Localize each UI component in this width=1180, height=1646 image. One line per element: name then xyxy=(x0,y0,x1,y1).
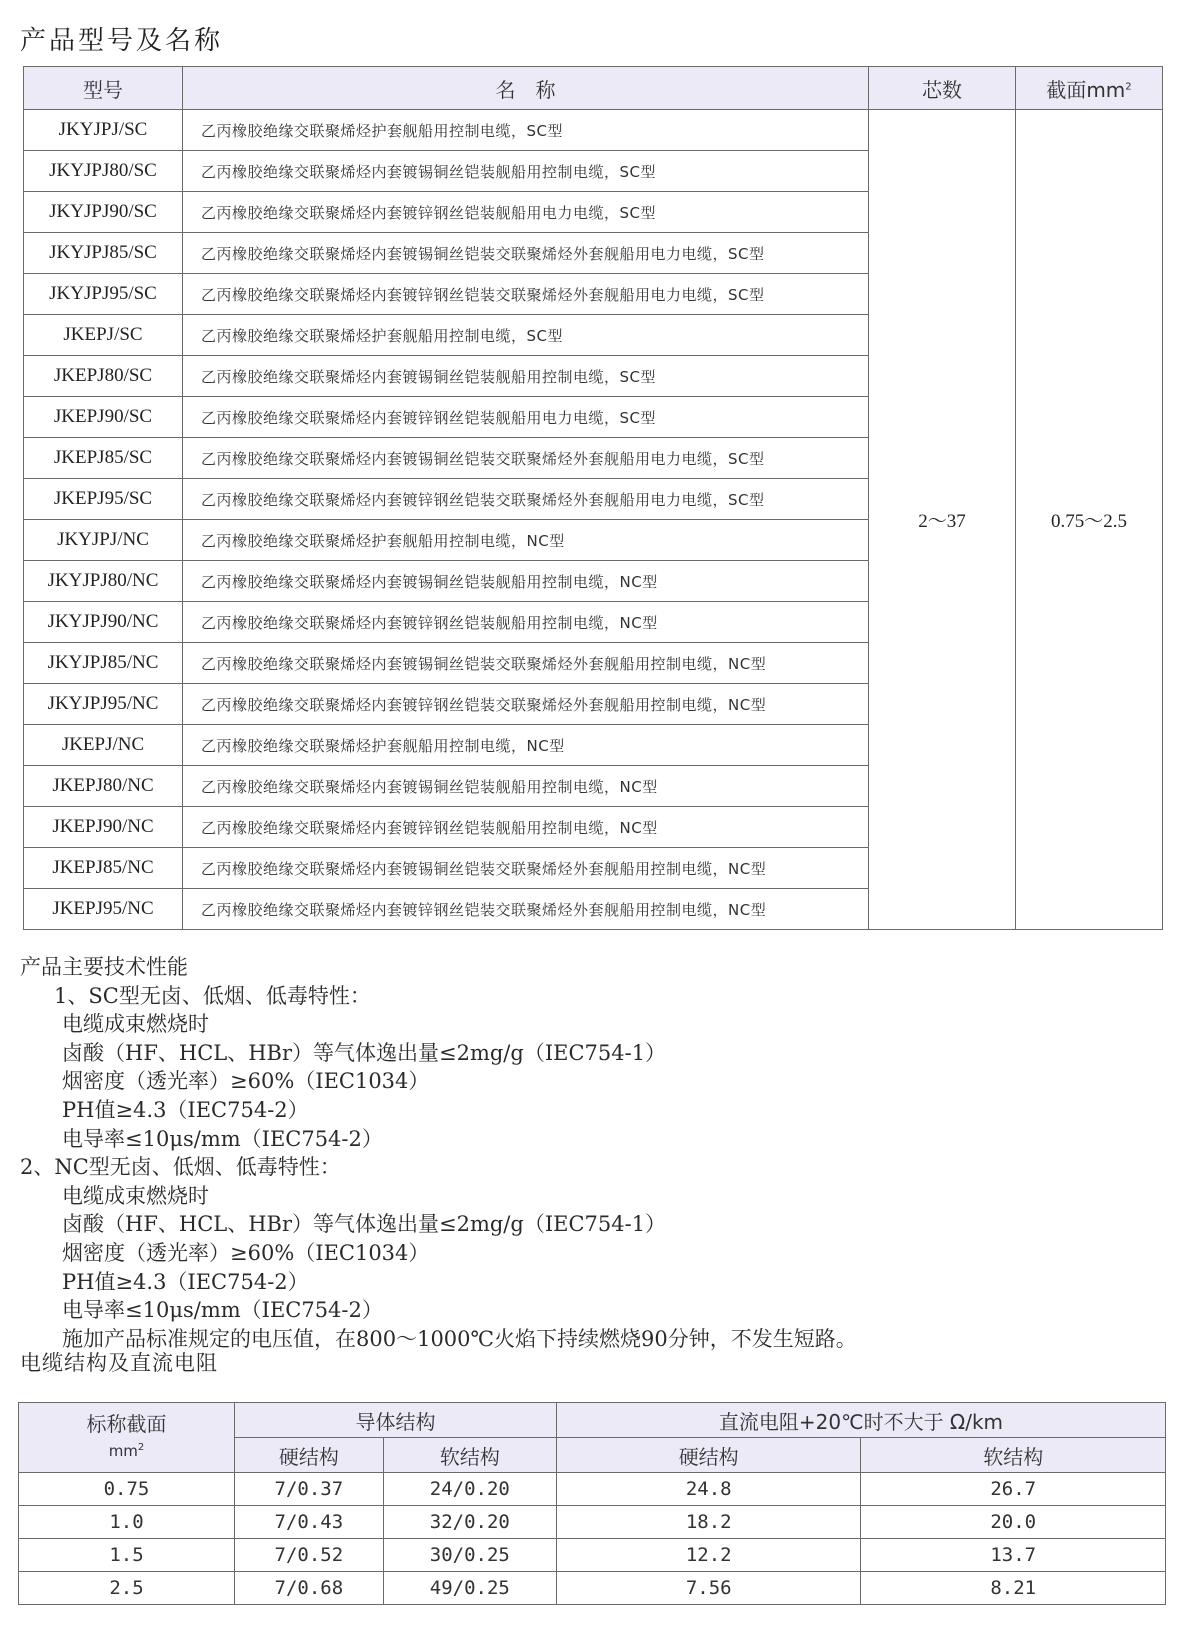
cond-soft-cell: 32/0.20 xyxy=(383,1506,556,1539)
res-hard-cell: 18.2 xyxy=(556,1506,861,1539)
header-conductor: 导体结构 xyxy=(235,1403,557,1438)
unit-sup: 2 xyxy=(138,1442,144,1453)
name-cell: 乙丙橡胶绝缘交联聚烯烃内套镀锌钢丝铠装交联聚烯烃外套舰船用控制电缆，NC型 xyxy=(183,684,869,725)
table-row: JKYJPJ/SC乙丙橡胶绝缘交联聚烯烃护套舰船用控制电缆，SC型2～370.7… xyxy=(24,110,1163,151)
model-cell: JKEPJ85/NC xyxy=(24,848,183,889)
sc-heading: 1、SC型无卤、低烟、低毒特性： xyxy=(20,982,857,1011)
nc-line: 烟密度（透光率）≥60%（IEC1034） xyxy=(20,1239,857,1268)
section-cell: 0.75 xyxy=(19,1473,235,1506)
header-res-hard: 硬结构 xyxy=(556,1438,861,1473)
model-cell: JKYJPJ80/SC xyxy=(24,151,183,192)
nc-line: 卤酸（HF、HCL、HBr）等气体逸出量≤2mg/g（IEC754-1） xyxy=(20,1210,857,1239)
cores-cell: 2～37 xyxy=(869,110,1016,930)
model-cell: JKYJPJ/NC xyxy=(24,520,183,561)
page-title: 产品型号及名称 xyxy=(20,20,223,57)
name-cell: 乙丙橡胶绝缘交联聚烯烃护套舰船用控制电缆，SC型 xyxy=(183,315,869,356)
model-cell: JKYJPJ90/SC xyxy=(24,192,183,233)
model-cell: JKYJPJ90/NC xyxy=(24,602,183,643)
nc-line: 电缆成束燃烧时 xyxy=(20,1182,857,1211)
model-cell: JKYJPJ95/SC xyxy=(24,274,183,315)
product-table: 型号 名 称 芯数 截面mm2 JKYJPJ/SC乙丙橡胶绝缘交联聚烯烃护套舰船… xyxy=(23,66,1163,930)
table-row: 0.757/0.3724/0.2024.826.7 xyxy=(19,1473,1166,1506)
resistance-section-title: 电缆结构及直流电阻 xyxy=(20,1347,218,1377)
header-res-soft: 软结构 xyxy=(861,1438,1166,1473)
table-row: 2.57/0.6849/0.257.568.21 xyxy=(19,1572,1166,1605)
res-hard-cell: 24.8 xyxy=(556,1473,861,1506)
header-name: 名 称 xyxy=(183,67,869,110)
header-cores: 芯数 xyxy=(869,67,1016,110)
table-row: 1.07/0.4332/0.2018.220.0 xyxy=(19,1506,1166,1539)
header-resistance: 直流电阻+20℃时不大于 Ω/km xyxy=(556,1403,1165,1438)
header-cond-hard: 硬结构 xyxy=(235,1438,384,1473)
header-section-label: 截面mm xyxy=(1046,78,1125,102)
sc-line: 烟密度（透光率）≥60%（IEC1034） xyxy=(20,1067,857,1096)
performance-title: 产品主要技术性能 xyxy=(20,953,857,982)
header-section-sup: 2 xyxy=(1125,81,1131,92)
res-hard-cell: 7.56 xyxy=(556,1572,861,1605)
cond-hard-cell: 7/0.52 xyxy=(235,1539,384,1572)
name-cell: 乙丙橡胶绝缘交联聚烯烃内套镀锌钢丝铠装舰船用电力电缆，SC型 xyxy=(183,397,869,438)
res-soft-cell: 26.7 xyxy=(861,1473,1166,1506)
name-cell: 乙丙橡胶绝缘交联聚烯烃内套镀锡铜丝铠装交联聚烯烃外套舰船用控制电缆，NC型 xyxy=(183,643,869,684)
model-cell: JKEPJ80/NC xyxy=(24,766,183,807)
model-cell: JKYJPJ/SC xyxy=(24,110,183,151)
name-cell: 乙丙橡胶绝缘交联聚烯烃内套镀锡铜丝铠装交联聚烯烃外套舰船用控制电缆，NC型 xyxy=(183,848,869,889)
product-table-header-row: 型号 名 称 芯数 截面mm2 xyxy=(24,67,1163,110)
table-row: 1.57/0.5230/0.2512.213.7 xyxy=(19,1539,1166,1572)
model-cell: JKEPJ95/NC xyxy=(24,889,183,930)
nc-heading: 2、NC型无卤、低烟、低毒特性： xyxy=(20,1153,857,1182)
name-cell: 乙丙橡胶绝缘交联聚烯烃内套镀锌钢丝铠装舰船用控制电缆，NC型 xyxy=(183,602,869,643)
name-cell: 乙丙橡胶绝缘交联聚烯烃内套镀锡铜丝铠装舰船用控制电缆，NC型 xyxy=(183,766,869,807)
res-soft-cell: 20.0 xyxy=(861,1506,1166,1539)
name-cell: 乙丙橡胶绝缘交联聚烯烃内套镀锡铜丝铠装交联聚烯烃外套舰船用电力电缆，SC型 xyxy=(183,438,869,479)
header-section: 截面mm2 xyxy=(1016,67,1163,110)
header-cond-soft: 软结构 xyxy=(383,1438,556,1473)
res-soft-cell: 13.7 xyxy=(861,1539,1166,1572)
cond-hard-cell: 7/0.37 xyxy=(235,1473,384,1506)
nc-line: PH值≥4.3（IEC754-2） xyxy=(20,1268,857,1297)
performance-section: 产品主要技术性能 1、SC型无卤、低烟、低毒特性： 电缆成束燃烧时 卤酸（HF、… xyxy=(20,953,857,1353)
section-cell: 1.0 xyxy=(19,1506,235,1539)
name-cell: 乙丙橡胶绝缘交联聚烯烃内套镀锡铜丝铠装舰船用控制电缆，NC型 xyxy=(183,561,869,602)
cond-hard-cell: 7/0.43 xyxy=(235,1506,384,1539)
name-cell: 乙丙橡胶绝缘交联聚烯烃内套镀锌钢丝铠装舰船用电力电缆，SC型 xyxy=(183,192,869,233)
res-hard-cell: 12.2 xyxy=(556,1539,861,1572)
name-cell: 乙丙橡胶绝缘交联聚烯烃内套镀锌钢丝铠装交联聚烯烃外套舰船用电力电缆，SC型 xyxy=(183,274,869,315)
header-nominal-section: 标称截面 mm2 xyxy=(19,1403,235,1473)
sc-line: PH值≥4.3（IEC754-2） xyxy=(20,1096,857,1125)
section-cell: 1.5 xyxy=(19,1539,235,1572)
cond-soft-cell: 24/0.20 xyxy=(383,1473,556,1506)
name-cell: 乙丙橡胶绝缘交联聚烯烃内套镀锌钢丝铠装交联聚烯烃外套舰船用控制电缆，NC型 xyxy=(183,889,869,930)
model-cell: JKEPJ85/SC xyxy=(24,438,183,479)
name-cell: 乙丙橡胶绝缘交联聚烯烃护套舰船用控制电缆，SC型 xyxy=(183,110,869,151)
name-cell: 乙丙橡胶绝缘交联聚烯烃护套舰船用控制电缆，NC型 xyxy=(183,520,869,561)
model-cell: JKEPJ/NC xyxy=(24,725,183,766)
model-cell: JKEPJ80/SC xyxy=(24,356,183,397)
model-cell: JKEPJ95/SC xyxy=(24,479,183,520)
cond-hard-cell: 7/0.68 xyxy=(235,1572,384,1605)
header-nominal-section-unit: mm2 xyxy=(19,1436,234,1463)
name-cell: 乙丙橡胶绝缘交联聚烯烃内套镀锡铜丝铠装交联聚烯烃外套舰船用电力电缆，SC型 xyxy=(183,233,869,274)
sc-line: 卤酸（HF、HCL、HBr）等气体逸出量≤2mg/g（IEC754-1） xyxy=(20,1039,857,1068)
model-cell: JKEPJ90/SC xyxy=(24,397,183,438)
header-model: 型号 xyxy=(24,67,183,110)
resistance-table: 标称截面 mm2 导体结构 直流电阻+20℃时不大于 Ω/km 硬结构 软结构 … xyxy=(18,1402,1166,1605)
unit-text: mm xyxy=(109,1442,138,1460)
model-cell: JKYJPJ80/NC xyxy=(24,561,183,602)
name-cell: 乙丙橡胶绝缘交联聚烯烃内套镀锌钢丝铠装舰船用控制电缆，NC型 xyxy=(183,807,869,848)
model-cell: JKYJPJ85/NC xyxy=(24,643,183,684)
header-nominal-section-label: 标称截面 xyxy=(19,1412,234,1436)
name-cell: 乙丙橡胶绝缘交联聚烯烃内套镀锌钢丝铠装交联聚烯烃外套舰船用电力电缆，SC型 xyxy=(183,479,869,520)
nc-line: 电导率≤10μs/mm（IEC754-2） xyxy=(20,1296,857,1325)
res-soft-cell: 8.21 xyxy=(861,1572,1166,1605)
name-cell: 乙丙橡胶绝缘交联聚烯烃护套舰船用控制电缆，NC型 xyxy=(183,725,869,766)
model-cell: JKEPJ90/NC xyxy=(24,807,183,848)
model-cell: JKEPJ/SC xyxy=(24,315,183,356)
name-cell: 乙丙橡胶绝缘交联聚烯烃内套镀锡铜丝铠装舰船用控制电缆，SC型 xyxy=(183,151,869,192)
name-cell: 乙丙橡胶绝缘交联聚烯烃内套镀锡铜丝铠装舰船用控制电缆，SC型 xyxy=(183,356,869,397)
model-cell: JKYJPJ95/NC xyxy=(24,684,183,725)
section-cell: 2.5 xyxy=(19,1572,235,1605)
sc-line: 电导率≤10μs/mm（IEC754-2） xyxy=(20,1125,857,1154)
cond-soft-cell: 30/0.25 xyxy=(383,1539,556,1572)
cond-soft-cell: 49/0.25 xyxy=(383,1572,556,1605)
section-cell: 0.75～2.5 xyxy=(1016,110,1163,930)
sc-line: 电缆成束燃烧时 xyxy=(20,1010,857,1039)
model-cell: JKYJPJ85/SC xyxy=(24,233,183,274)
resistance-header-row-1: 标称截面 mm2 导体结构 直流电阻+20℃时不大于 Ω/km xyxy=(19,1403,1166,1438)
